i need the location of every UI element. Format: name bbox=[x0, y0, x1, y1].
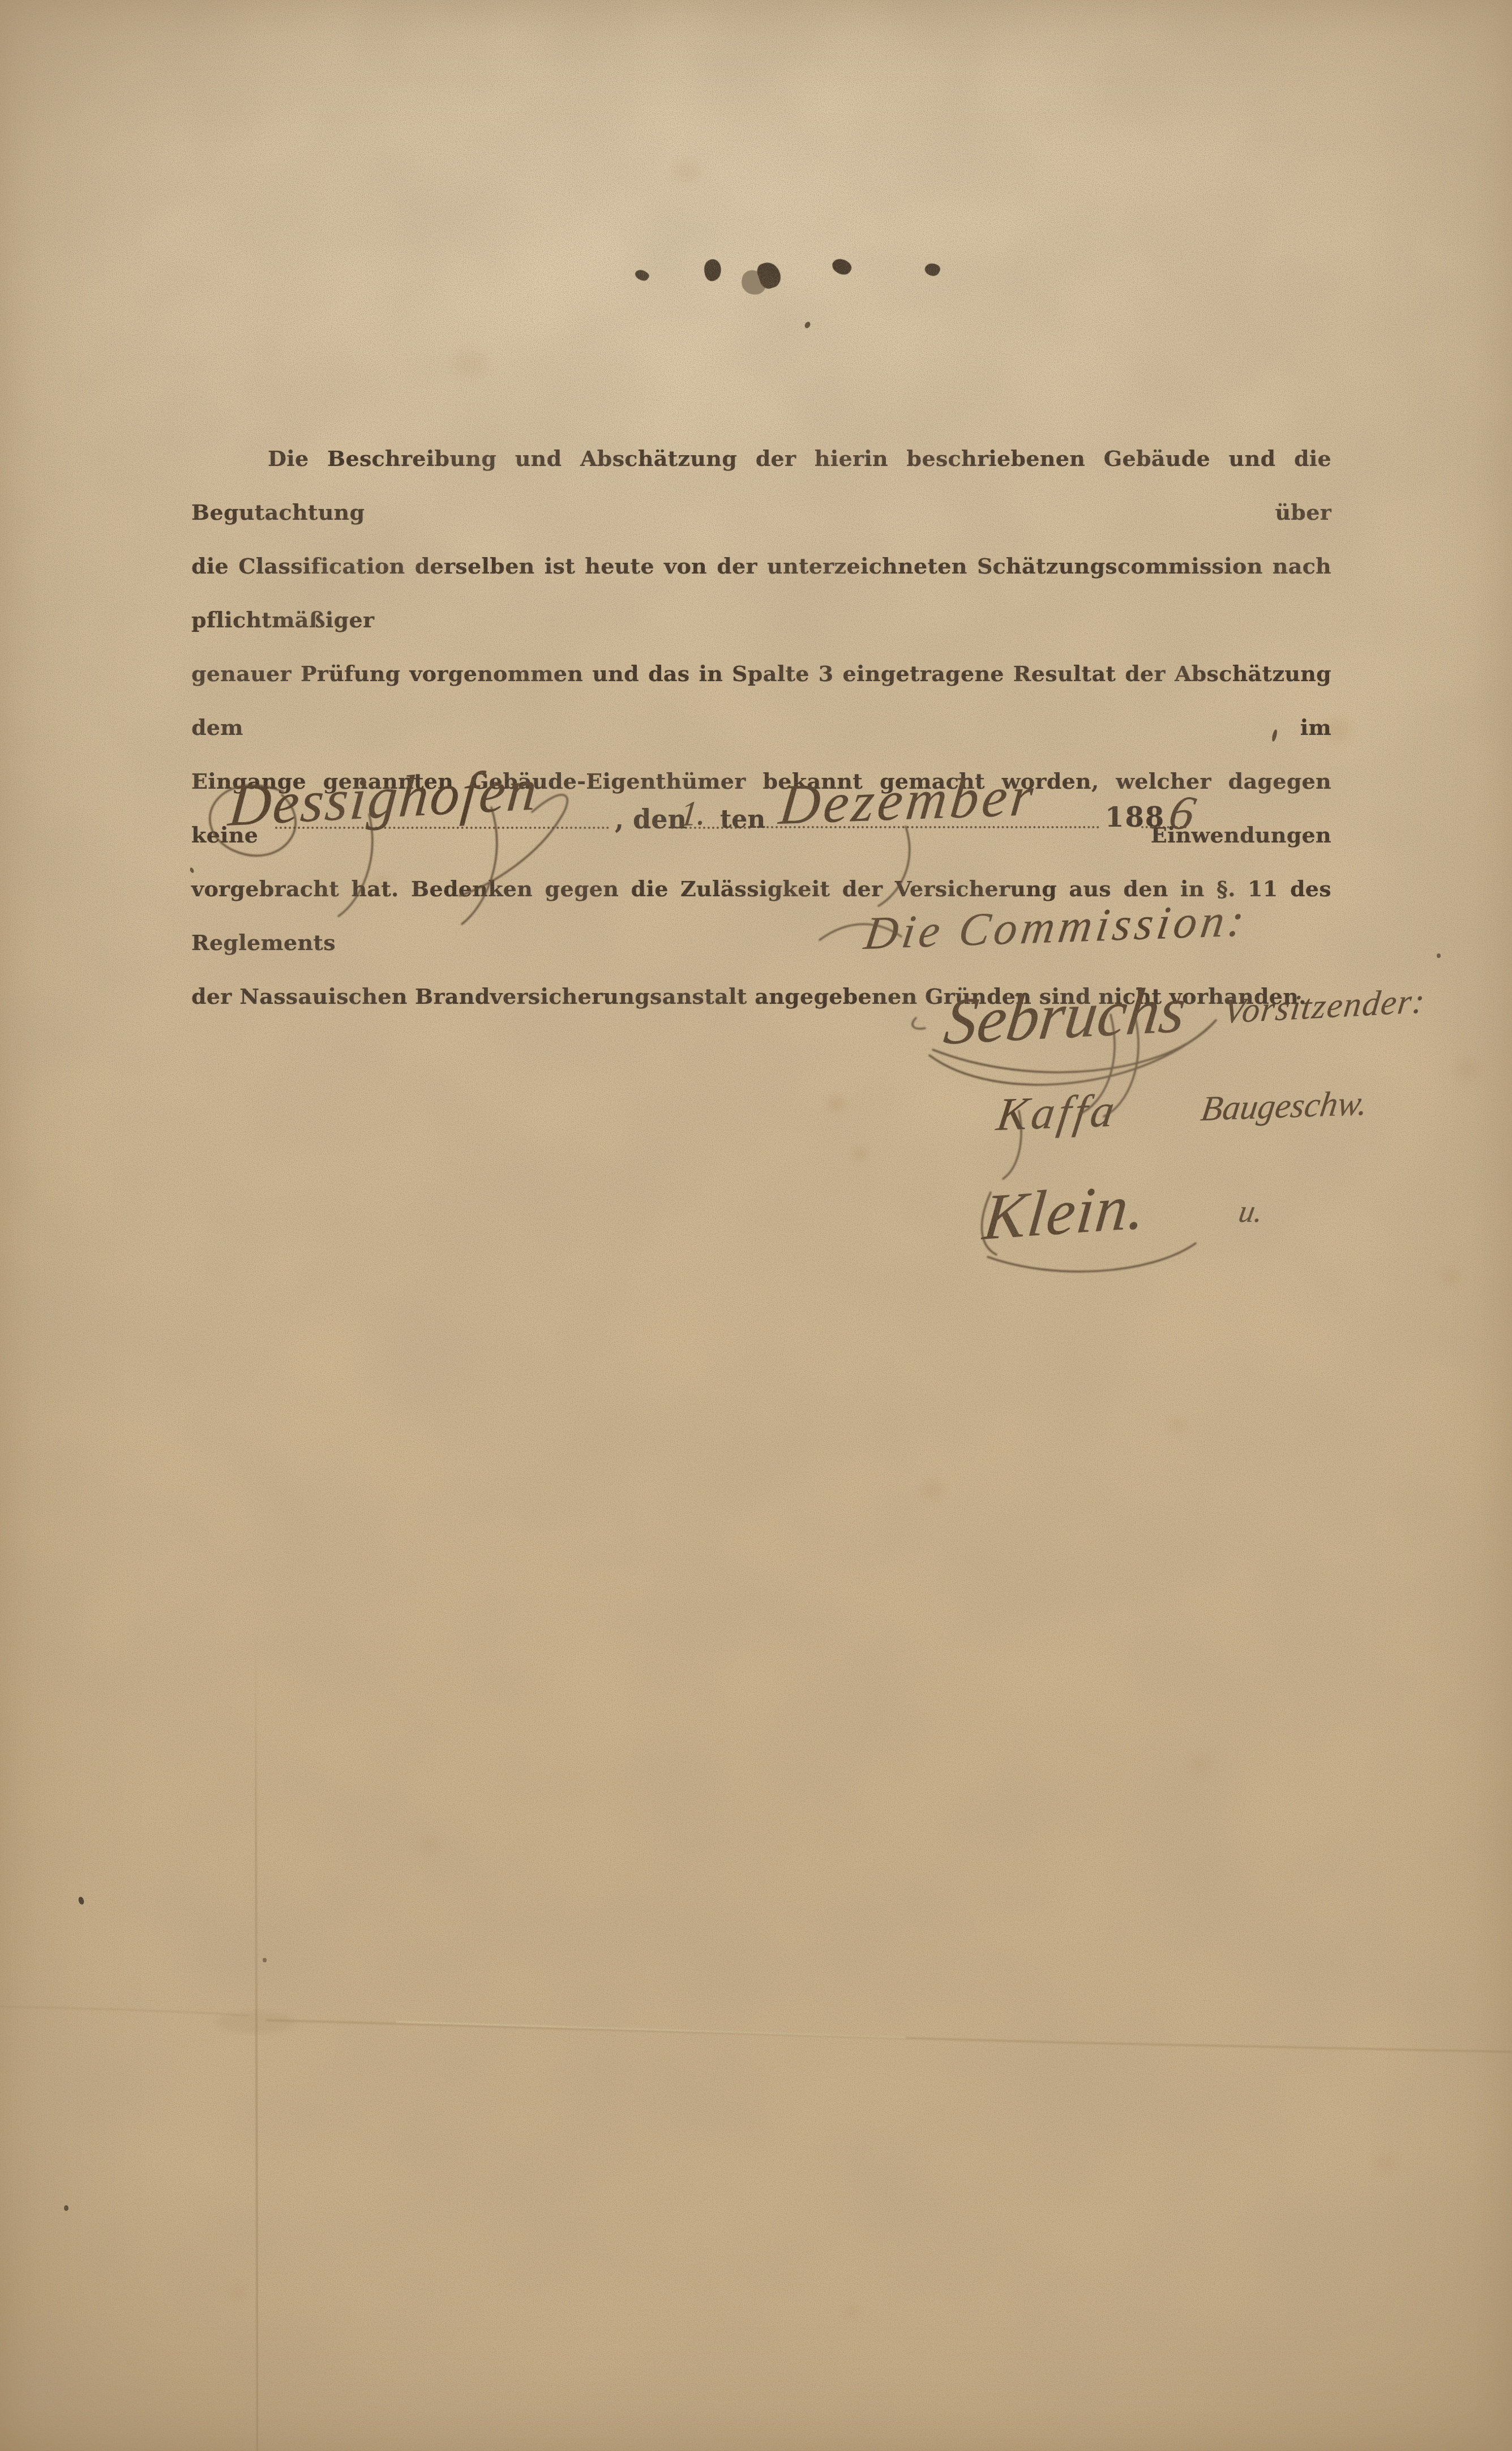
signature-chairman-name: Sebruchs bbox=[941, 977, 1189, 1055]
day-handwritten: 1. bbox=[678, 795, 708, 832]
paper-background bbox=[0, 0, 1512, 2451]
scanned-document-page: Die Beschreibung und Abschätzung der hie… bbox=[0, 0, 1512, 2451]
printed-year-prefix: 188 bbox=[1105, 804, 1165, 831]
paragraph-line: Die Beschreibung und Abschätzung der hie… bbox=[191, 431, 1331, 539]
ink-fleck bbox=[1437, 953, 1441, 958]
signature-member3-name: Klein. bbox=[980, 1174, 1150, 1250]
printed-ten-label: ten bbox=[720, 807, 765, 832]
place-handwritten: Dessighofen bbox=[226, 760, 541, 836]
paper-speck bbox=[263, 1958, 267, 1962]
paragraph-line: genauer Prüfung vorgenommen und das in S… bbox=[191, 647, 1331, 754]
paragraph-line: die Classification derselben ist heute v… bbox=[191, 539, 1331, 647]
paper-speck bbox=[64, 2205, 68, 2211]
signature-member2-role: Baugeschw. bbox=[1199, 1085, 1370, 1127]
signature-member2-name: Kaffa bbox=[994, 1087, 1121, 1138]
printed-den-label: , den bbox=[615, 806, 687, 832]
month-handwritten: Dezember bbox=[777, 768, 1039, 833]
